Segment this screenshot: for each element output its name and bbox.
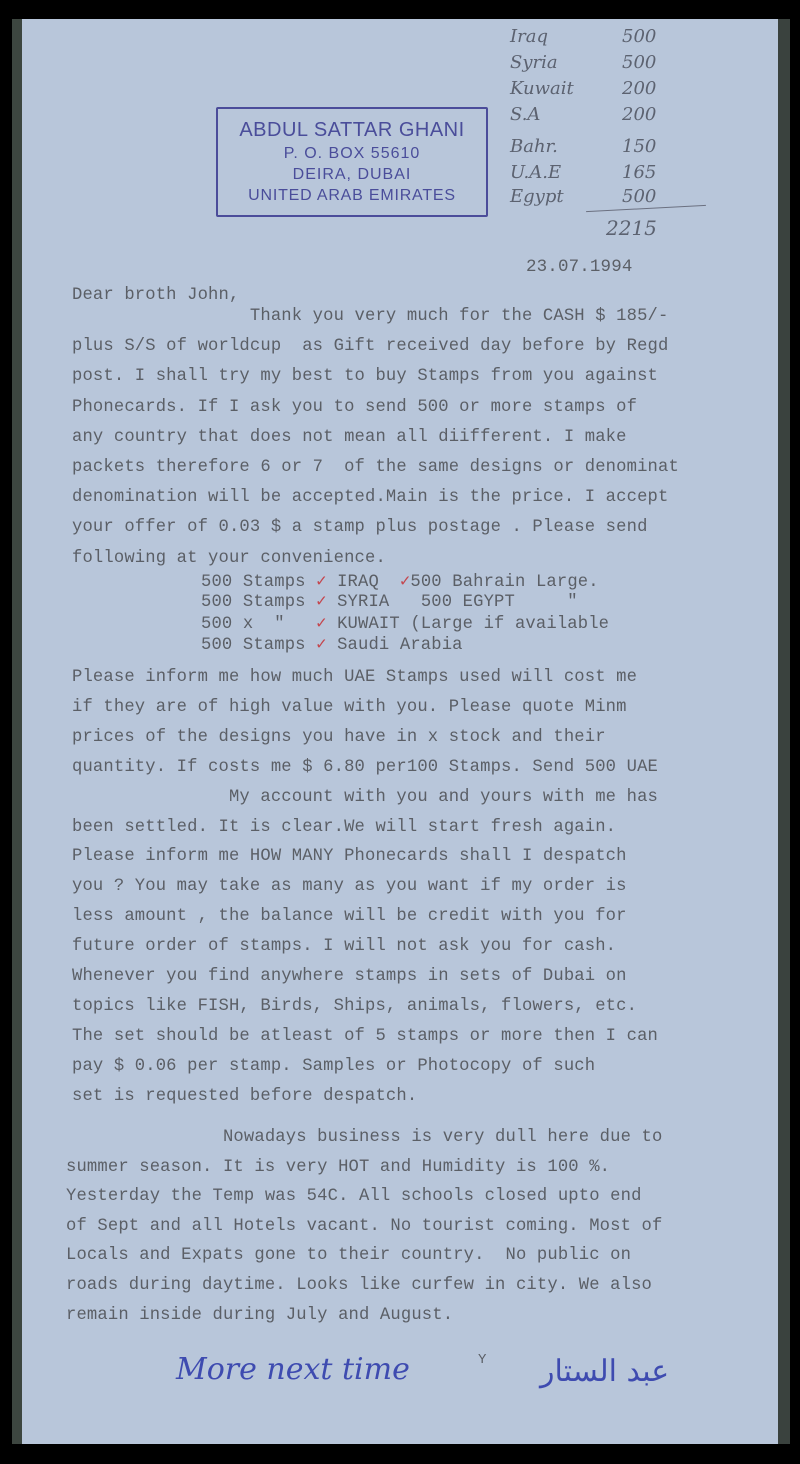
body-line: prices of the designs you have in x stoc… xyxy=(72,728,606,747)
check-icon: ✓ xyxy=(316,573,327,592)
body-line: The set should be atleast of 5 stamps or… xyxy=(72,1027,658,1046)
body-line: remain inside during July and August. xyxy=(66,1306,453,1325)
tally-qty: 200 xyxy=(622,104,656,125)
body-line: been settled. It is clear.We will start … xyxy=(72,818,616,837)
letter-date: 23.07.1994 xyxy=(526,257,633,277)
body-line: Please inform me HOW MANY Phonecards sha… xyxy=(72,847,627,866)
order-country: IRAQ xyxy=(327,573,379,592)
body-line: topics like FISH, Birds, Ships, animals,… xyxy=(72,997,637,1016)
body-line: Please inform me how much UAE Stamps use… xyxy=(72,668,637,687)
body-line: summer season. It is very HOT and Humidi… xyxy=(66,1158,610,1177)
order-country: SYRIA xyxy=(327,593,390,612)
body-line: of Sept and all Hotels vacant. No touris… xyxy=(66,1217,662,1236)
tally-country: Syria xyxy=(510,52,558,73)
body-line: you ? You may take as many as you want i… xyxy=(72,877,627,896)
tally-qty: 500 xyxy=(622,52,656,73)
stamp-country: UNITED ARAB EMIRATES xyxy=(218,187,486,205)
body-line: plus S/S of worldcup as Gift received da… xyxy=(72,337,668,356)
tally-country: Bahr. xyxy=(510,136,558,157)
body-line: quantity. If costs me $ 6.80 per100 Stam… xyxy=(72,758,658,777)
order-extra: 500 Bahrain Large. xyxy=(410,573,598,592)
stamp-city: DEIRA, DUBAI xyxy=(218,166,486,184)
tally-qty: 150 xyxy=(622,136,656,157)
check-icon: ✓ xyxy=(316,636,327,655)
stamp-po-box: P. O. BOX 55610 xyxy=(218,145,486,163)
tally-qty: 500 xyxy=(622,186,656,207)
tally-country: U.A.E xyxy=(510,162,561,183)
signature: عبد الستار xyxy=(540,1354,669,1389)
order-item: 500 Stamps ✓ IRAQ ✓500 Bahrain Large. xyxy=(201,571,599,592)
tally-country: Kuwait xyxy=(510,78,574,99)
body-line: Whenever you find anywhere stamps in set… xyxy=(72,967,627,986)
paper-edge-right xyxy=(778,19,790,1444)
body-line: following at your convenience. xyxy=(72,549,386,568)
order-qty: 500 Stamps xyxy=(201,636,316,655)
closing-handwritten: More next time xyxy=(176,1352,410,1387)
signature-mark: Y xyxy=(478,1352,486,1368)
order-country: KUWAIT (Large if available xyxy=(327,615,610,634)
tally-country: Egypt xyxy=(510,186,564,207)
tally-qty: 500 xyxy=(622,26,656,47)
order-extra: 500 EGYPT " xyxy=(421,593,578,612)
body-line: Thank you very much for the CASH $ 185/- xyxy=(72,307,668,326)
check-icon: ✓ xyxy=(400,573,411,592)
tally-country: S.A xyxy=(510,104,540,125)
check-icon: ✓ xyxy=(316,593,327,612)
body-line: Yesterday the Temp was 54C. All schools … xyxy=(66,1187,642,1206)
body-line: less amount , the balance will be credit… xyxy=(72,907,627,926)
body-line: packets therefore 6 or 7 of the same des… xyxy=(72,458,679,477)
order-qty: 500 Stamps xyxy=(201,593,316,612)
body-line: your offer of 0.03 $ a stamp plus postag… xyxy=(72,518,648,537)
body-line: pay $ 0.06 per stamp. Samples or Photoco… xyxy=(72,1057,595,1076)
body-line: post. I shall try my best to buy Stamps … xyxy=(72,367,658,386)
body-line: future order of stamps. I will not ask y… xyxy=(72,937,616,956)
order-qty: 500 Stamps xyxy=(201,573,316,592)
order-item: 500 Stamps ✓ SYRIA 500 EGYPT " xyxy=(201,591,578,612)
order-item: 500 Stamps ✓ Saudi Arabia xyxy=(201,634,463,655)
body-line: My account with you and yours with me ha… xyxy=(72,788,658,807)
letterhead-stamp: ABDUL SATTAR GHANI P. O. BOX 55610 DEIRA… xyxy=(216,107,488,217)
body-line: roads during daytime. Looks like curfew … xyxy=(66,1276,652,1295)
body-line: denomination will be accepted.Main is th… xyxy=(72,488,668,507)
order-item: 500 x " ✓ KUWAIT (Large if available xyxy=(201,613,609,634)
body-line: if they are of high value with you. Plea… xyxy=(72,698,627,717)
body-line: set is requested before despatch. xyxy=(72,1087,417,1106)
body-line: Locals and Expats gone to their country.… xyxy=(66,1246,631,1265)
body-line: Nowadays business is very dull here due … xyxy=(66,1128,662,1147)
check-icon: ✓ xyxy=(316,615,327,634)
tally-total: 2215 xyxy=(606,216,657,240)
body-line: any country that does not mean all diiff… xyxy=(72,428,627,447)
salutation: Dear broth John, xyxy=(72,286,239,305)
stamp-name: ABDUL SATTAR GHANI xyxy=(218,119,486,142)
tally-qty: 200 xyxy=(622,78,656,99)
tally-country: Iraq xyxy=(510,26,548,47)
body-line: Phonecards. If I ask you to send 500 or … xyxy=(72,398,637,417)
order-country: Saudi Arabia xyxy=(327,636,463,655)
tally-qty: 165 xyxy=(622,162,656,183)
order-qty: 500 x " xyxy=(201,615,316,634)
